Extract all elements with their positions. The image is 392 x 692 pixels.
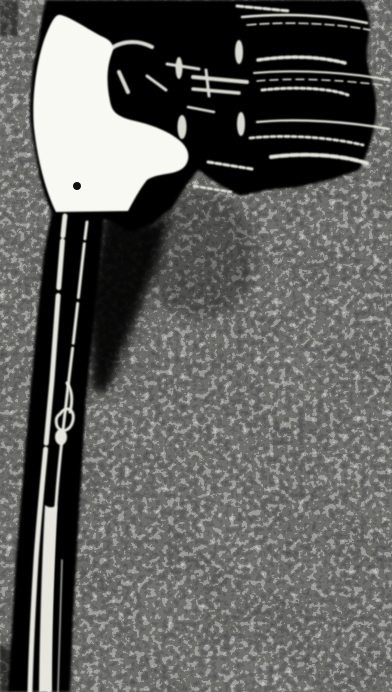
- soft-shadow-patch: [145, 190, 255, 320]
- halftone-photo-frame: [0, 0, 392, 692]
- pin-lens-highlight: [178, 115, 187, 139]
- pin-lens-highlight: [235, 40, 243, 64]
- cane-gun-photograph: [0, 0, 392, 692]
- grip-pin-dot: [73, 182, 81, 190]
- bottom-left-dark-patch: [0, 645, 20, 692]
- pin-lens-highlight: [176, 57, 183, 79]
- top-left-dark-patch: [0, 0, 18, 36]
- left-edge-light-streak: [0, 80, 10, 210]
- trigger-knob-highlight: [55, 429, 67, 445]
- pin-lens-highlight: [237, 112, 245, 136]
